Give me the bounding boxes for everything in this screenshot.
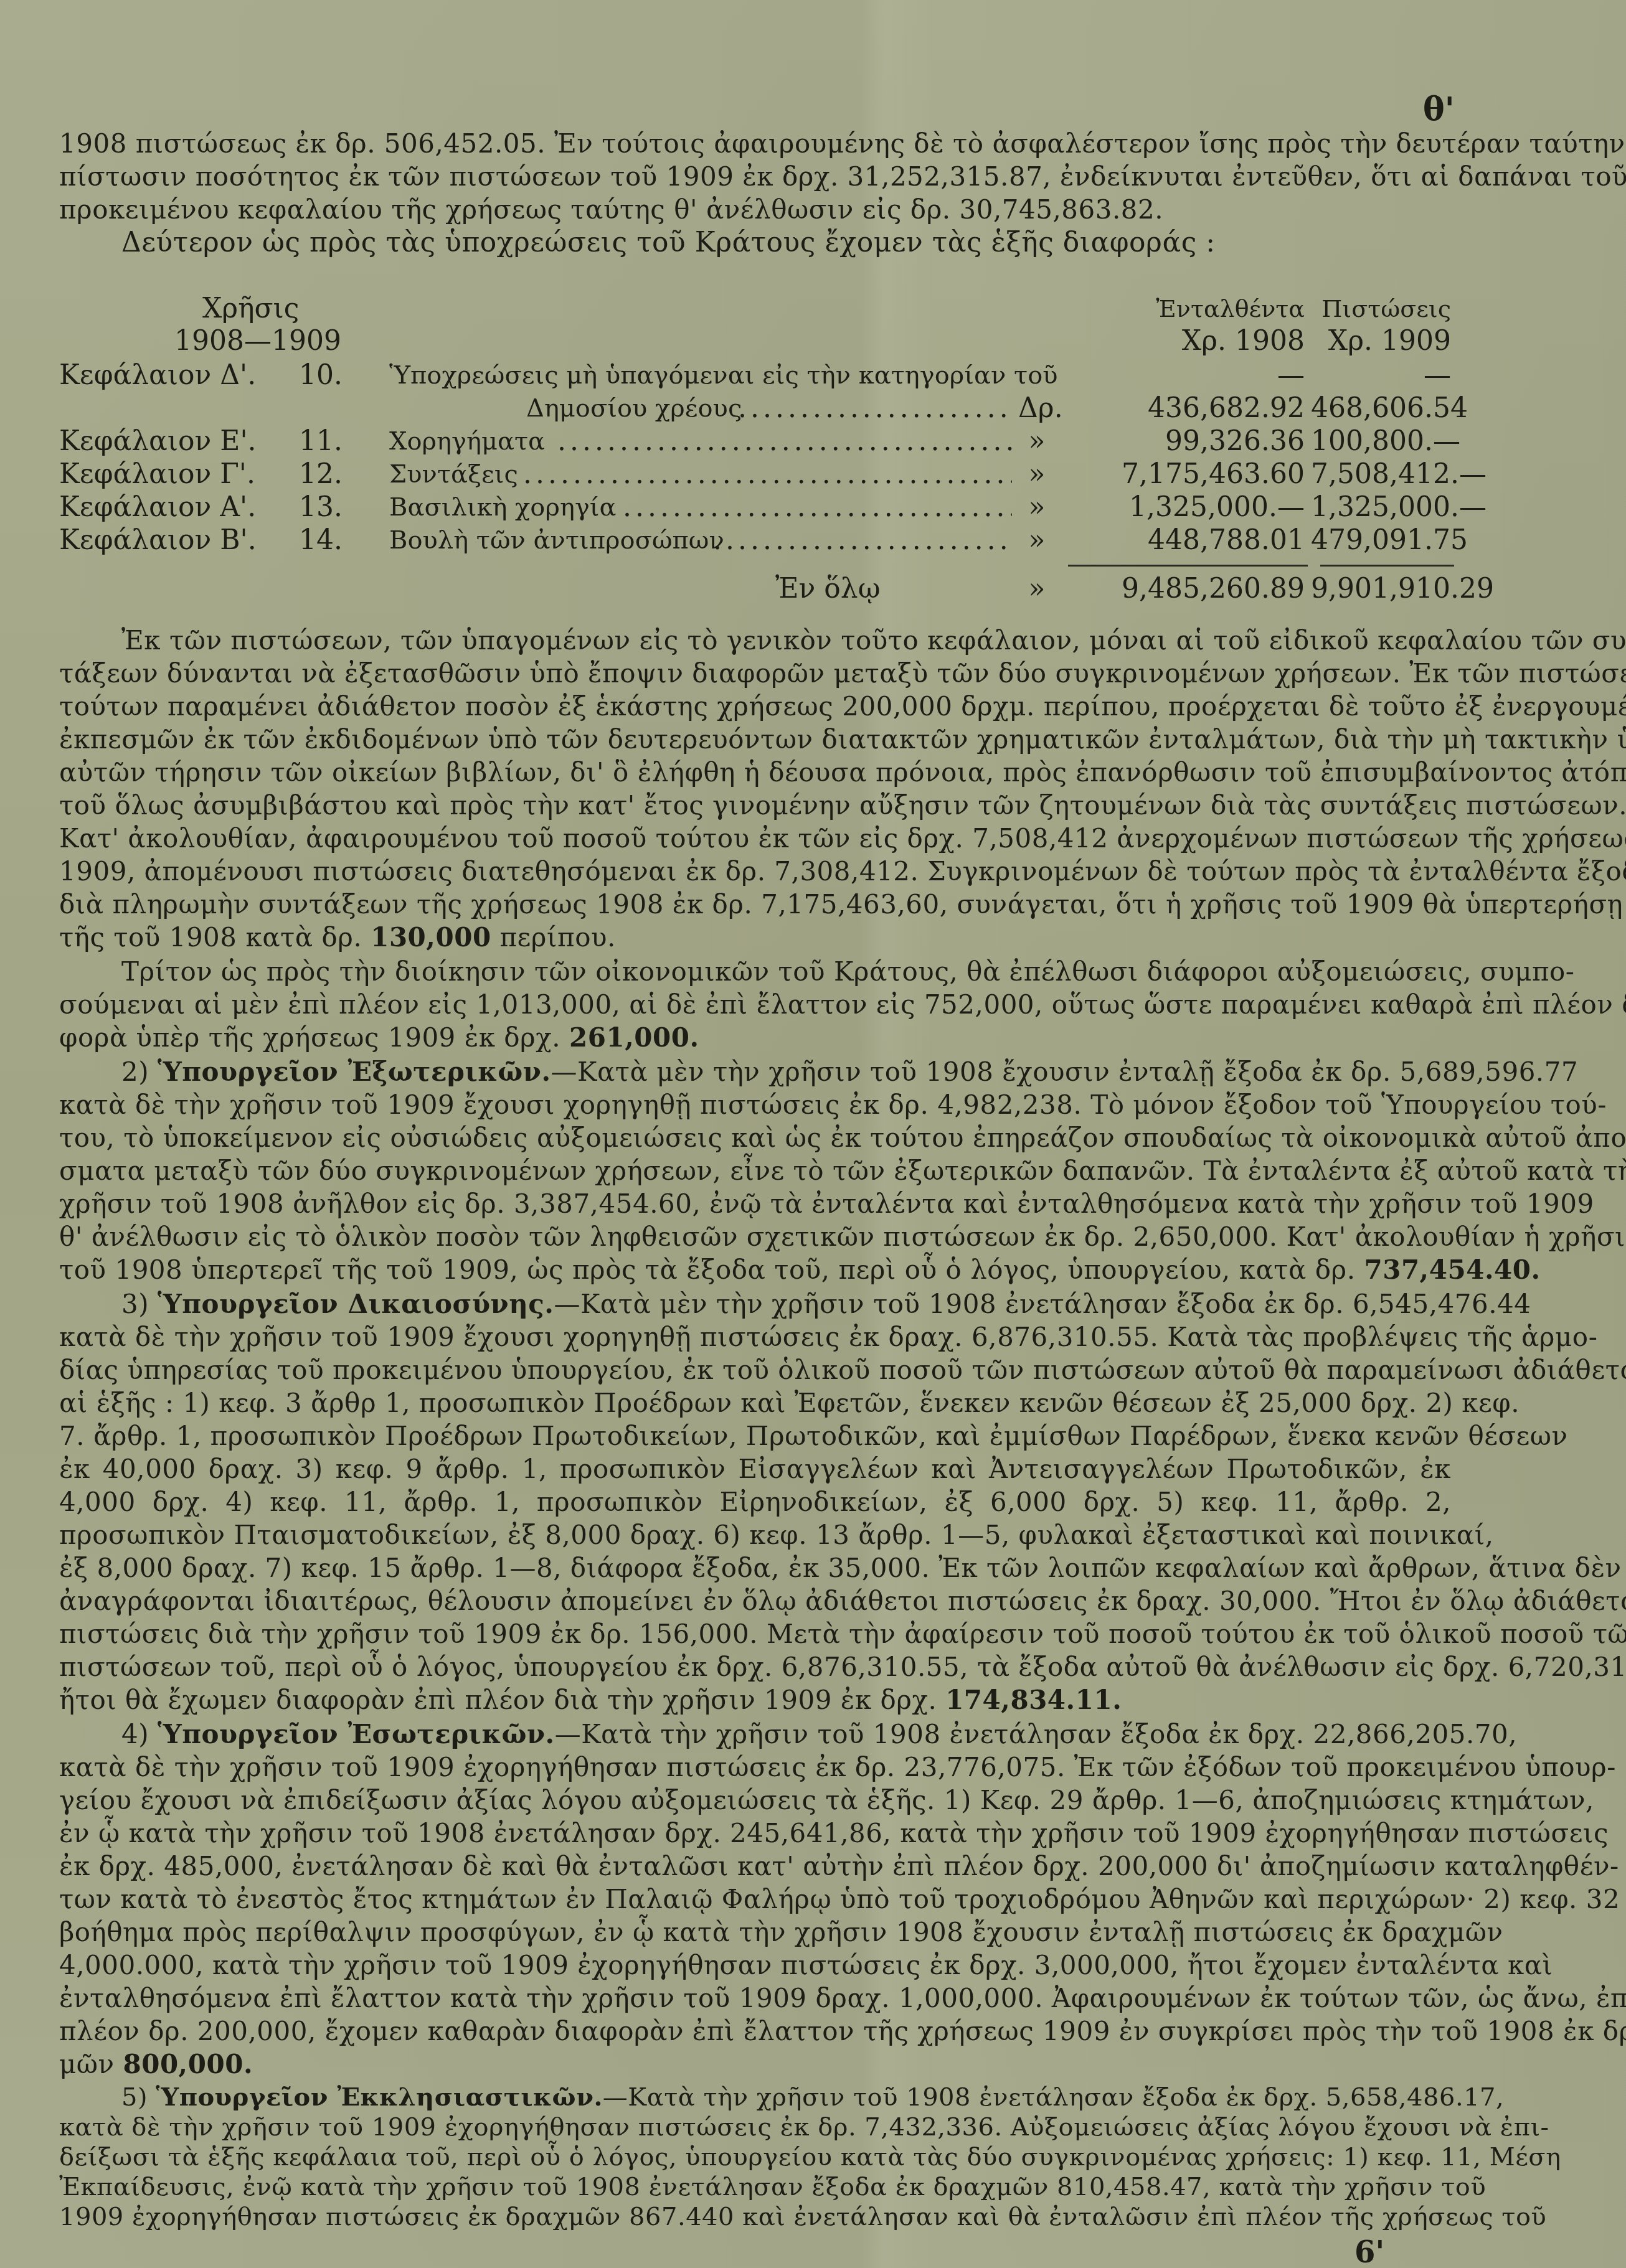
page-folio-bottom: 6' <box>1354 2235 1384 2268</box>
row-value-1908: — <box>1080 359 1305 392</box>
table-header-col-a-year: Χρ. 1908 <box>1080 325 1305 357</box>
section-heading-justice: 3) Ὑπουργεῖον Δικαιοσύνης.—Κατὰ μὲν τὴν … <box>59 1288 1451 1320</box>
text-line: τούτων παραμένει ἀδιάθετον ποσὸν ἐξ ἑκάσ… <box>59 690 1451 723</box>
row-currency: » <box>1018 491 1056 524</box>
text-line: δίας ὑπηρεσίας τοῦ προκειμένου ὑπουργείο… <box>59 1354 1451 1386</box>
row-currency: » <box>1018 425 1056 458</box>
leader-dots: ........................................… <box>738 392 1012 425</box>
sum-rule-1908 <box>1068 565 1308 567</box>
row-chapter: Κεφάλαιον Β'. <box>59 524 257 557</box>
text-line: τοῦ ὅλως ἀσυμβιβάστου καὶ πρὸς τὴν κατ' … <box>59 789 1451 822</box>
text-line: αὐτῶν τήρησιν τῶν οἰκείων βιβλίων, δι' ὃ… <box>59 756 1451 789</box>
text-line: ἐκπεσμῶν ἐκ τῶν ἐκδιδομένων ὑπὸ τῶν δευτ… <box>59 723 1451 756</box>
row-value-1909: 100,800.— <box>1311 425 1451 458</box>
row-number: 10. <box>299 359 343 392</box>
row-value-1908: 7,175,463.60 <box>1080 458 1305 491</box>
row-description: Βασιλικὴ χορηγία <box>389 491 617 524</box>
text-line: κατὰ δὲ τὴν χρῆσιν τοῦ 1909 ἐχορηγήθησαν… <box>59 1751 1451 1784</box>
row-value-1909: 1,325,000.— <box>1311 491 1451 524</box>
total-label: Ἐν ὅλῳ <box>775 573 881 605</box>
table-header-col-b: Πιστώσεις <box>1311 293 1451 325</box>
row-chapter: Κεφάλαιον Δ'. <box>59 359 256 392</box>
row-number: 12. <box>299 458 343 491</box>
bold-amount: 130,000 <box>371 922 491 953</box>
text-line: φορὰ ὑπὲρ τῆς χρήσεως 1909 ἐκ δρχ. 261,0… <box>59 1022 1451 1054</box>
text-span: μῶν <box>59 2049 115 2079</box>
text-line: θ' ἀνέλθωσιν εἰς τὸ ὁλικὸν ποσὸν τῶν ληφ… <box>59 1221 1451 1253</box>
section-heading-interior: 4) Ὑπουργεῖον Ἐσωτερικῶν.—Κατὰ τὴν χρῆσι… <box>59 1718 1451 1751</box>
text-line: τῆς τοῦ 1908 κατὰ δρ. 130,000 περίπου. <box>59 921 1451 954</box>
bold-amount: 261,000. <box>569 1022 699 1053</box>
text-line: ἐκ δρχ. 485,000, ἐνετάλησαν δὲ καὶ θὰ ἐν… <box>59 1850 1451 1883</box>
table-header-years: 1908—1909 <box>174 325 341 357</box>
total-currency: » <box>1018 573 1056 605</box>
bold-amount: 174,834.11. <box>945 1685 1122 1715</box>
row-currency: Δρ. <box>1018 392 1056 425</box>
table-header-col-a: Ἐνταλθέντα <box>1080 293 1305 325</box>
text-line: πιστώσεων τοῦ, περὶ οὗ ὁ λόγος, ὑπουργεί… <box>59 1651 1451 1683</box>
text-line: Δεύτερον ὡς πρὸς τὰς ὑποχρεώσεις τοῦ Κρά… <box>59 227 1451 259</box>
text-line: ἀναγράφονται ἰδιαιτέρως, θέλουσιν ἀπομεί… <box>59 1585 1451 1617</box>
table-row: Δημοσίου χρέους ........................… <box>59 392 1451 425</box>
page-folio-top: θ' <box>1423 90 1455 128</box>
text-line: Κατ' ἀκολουθίαν, ἀφαιρουμένου τοῦ ποσοῦ … <box>59 822 1451 855</box>
table-row: Κεφάλαιον Α'. 13. Βασιλικὴ χορηγία .....… <box>59 491 1451 524</box>
row-chapter: Κεφάλαιον Γ'. <box>59 458 255 491</box>
sum-rule-1909 <box>1320 565 1454 567</box>
text-line: Τρίτον ὡς πρὸς τὴν διοίκησιν τῶν οἰκονομ… <box>59 956 1451 988</box>
table-header-col-b-year: Χρ. 1909 <box>1311 325 1451 357</box>
table-row: Κεφάλαιον Β'. 14. Βουλὴ τῶν ἀντιπροσώπων… <box>59 524 1451 557</box>
text-line: Ἐκ τῶν πιστώσεων, τῶν ὑπαγομένων εἰς τὸ … <box>59 624 1451 657</box>
text-line: 7. ἄρθρ. 1, προσωπικὸν Προέδρων Πρωτοδικ… <box>59 1420 1451 1452</box>
row-number: 11. <box>299 425 343 458</box>
text-span: ἤτοι θὰ ἔχωμεν διαφορὰν ἐπὶ πλέον διὰ τὴ… <box>59 1685 937 1715</box>
row-currency: » <box>1018 458 1056 491</box>
text-line: των κατὰ τὸ ἐνεστὸς ἔτος κτημάτων ἐν Παλ… <box>59 1883 1451 1916</box>
text-line: προκειμένου κεφαλαίου τῆς χρήσεως ταύτης… <box>59 194 1451 226</box>
text-span: —Κατὰ τὴν χρῆσιν τοῦ 1908 ἐνετάλησαν ἔξο… <box>555 1719 1517 1749</box>
text-line: ἐκ 40,000 δραχ. 3) κεφ. 9 ἄρθρ. 1, προσω… <box>59 1453 1451 1485</box>
total-value-1909: 9,901,910.29 <box>1311 573 1451 605</box>
row-currency: » <box>1018 524 1056 557</box>
text-line: ἐνταλθησόμενα ἐπὶ ἔλαττον κατὰ τὴν χρῆσι… <box>59 1982 1451 2015</box>
section-title: Ὑπουργεῖον Ἐσωτερικῶν. <box>158 1719 555 1749</box>
section-title: Ὑπουργεῖον Ἐξωτερικῶν. <box>158 1056 551 1087</box>
text-line: κατὰ δὲ τὴν χρῆσιν τοῦ 1909 ἔχουσι χορηγ… <box>59 1321 1451 1353</box>
text-line: διὰ πληρωμὴν συντάξεων τῆς χρήσεως 1908 … <box>59 888 1451 921</box>
text-line: 4,000 δρχ. 4) κεφ. 11, ἄρθρ. 1, προσωπικ… <box>59 1486 1451 1518</box>
section-heading-foreign-affairs: 2) Ὑπουργεῖον Ἐξωτερικῶν.—Κατὰ μὲν τὴν χ… <box>59 1056 1451 1088</box>
text-span: —Κατὰ μὲν τὴν χρῆσιν τοῦ 1908 ἐνετάλησαν… <box>554 1289 1531 1319</box>
row-description: Βουλὴ τῶν ἀντιπροσώπων <box>389 524 724 557</box>
table-row: Κεφάλαιον Δ'. 10. Ὑποχρεώσεις μὴ ὑπαγόμε… <box>59 359 1451 392</box>
text-line: δείξωσι τὰ ἑξῆς κεφάλαια τοῦ, περὶ οὗ ὁ … <box>59 2142 1451 2172</box>
text-line: 1908 πιστώσεως ἐκ δρ. 506,452.05. Ἐν τού… <box>59 128 1451 160</box>
text-line: κατὰ δὲ τὴν χρῆσιν τοῦ 1909 ἔχουσι χορηγ… <box>59 1089 1451 1121</box>
row-description: Ὑποχρεώσεις μὴ ὑπαγόμεναι εἰς τὴν κατηγο… <box>389 359 1058 392</box>
text-span: φορὰ ὑπὲρ τῆς χρήσεως 1909 ἐκ δρχ. <box>59 1022 560 1053</box>
row-description: Χορηγήματα <box>389 425 545 458</box>
row-value-1908: 1,325,000.— <box>1080 491 1305 524</box>
text-line: 1909, ἀπομένουσι πιστώσεις διατεθησόμενα… <box>59 855 1451 888</box>
row-value-1908: 436,682.92 <box>1080 392 1305 425</box>
text-line: αἱ ἑξῆς : 1) κεφ. 3 ἄρθρ 1, προσωπικὸν Π… <box>59 1387 1451 1419</box>
row-value-1908: 448,788.01 <box>1080 524 1305 557</box>
text-line: ἤτοι θὰ ἔχωμεν διαφορὰν ἐπὶ πλέον διὰ τὴ… <box>59 1684 1451 1716</box>
text-line: ἐν ᾧ κατὰ τὴν χρῆσιν τοῦ 1908 ἐνετάλησαν… <box>59 1817 1451 1850</box>
table-row: Κεφάλαιον Γ'. 12. Συντάξεις ............… <box>59 458 1451 491</box>
section-number: 2) <box>121 1056 149 1087</box>
table-header-year-label: Χρῆσις <box>202 293 299 325</box>
section-heading-ecclesiastical: 5) Ὑπουργεῖον Ἐκκλησιαστικῶν.—Κατὰ τὴν χ… <box>59 2082 1451 2112</box>
row-value-1909: 479,091.75 <box>1311 524 1451 557</box>
section-number: 4) <box>121 1719 149 1749</box>
text-line: προσωπικὸν Πταισματοδικείων, ἐξ 8,000 δρ… <box>59 1519 1451 1551</box>
row-description: Συντάξεις <box>389 458 518 491</box>
row-value-1909: 468,606.54 <box>1311 392 1451 425</box>
text-span: —Κατὰ τὴν χρῆσιν τοῦ 1908 ἐνετάλησαν ἔξο… <box>603 2083 1504 2112</box>
section-title: Ὑπουργεῖον Δικαιοσύνης. <box>158 1289 554 1319</box>
text-line: του, τὸ ὑποκείμενον εἰς οὐσιώδεις αὐξομε… <box>59 1122 1451 1154</box>
text-line: βοήθημα πρὸς περίθαλψιν προσφύγων, ἐν ᾧ … <box>59 1916 1451 1949</box>
bold-amount: 737,454.40. <box>1364 1254 1540 1285</box>
text-line: χρῆσιν τοῦ 1908 ἀνῆλθον εἰς δρ. 3,387,45… <box>59 1188 1451 1220</box>
text-span: τοῦ 1908 ὑπερτερεῖ τῆς τοῦ 1909, ὡς πρὸς… <box>59 1254 1356 1285</box>
total-value-1908: 9,485,260.89 <box>1080 573 1305 605</box>
text-line: πιστώσεις διὰ τὴν χρῆσιν τοῦ 1909 ἐκ δρ.… <box>59 1618 1451 1650</box>
leader-dots: ........................................… <box>523 458 1012 491</box>
row-value-1909: 7,508,412.— <box>1311 458 1451 491</box>
row-description: Δημοσίου χρέους <box>526 392 742 425</box>
table-total-row: Ἐν ὅλῳ » 9,485,260.89 9,901,910.29 <box>59 573 1451 605</box>
leader-dots: ........................................… <box>623 491 1012 524</box>
section-number: 3) <box>121 1289 149 1319</box>
text-line: 1909 ἐχορηγήθησαν πιστώσεις ἐκ δραχμῶν 8… <box>59 2202 1451 2232</box>
text-line: σματα μεταξὺ τῶν δύο συγκρινομένων χρήσε… <box>59 1155 1451 1187</box>
text-line: γείου ἔχουσι νὰ ἐπιδείξωσιν ἀξίας λόγου … <box>59 1784 1451 1817</box>
text-line: 4,000.000, κατὰ τὴν χρῆσιν τοῦ 1909 ἐχορ… <box>59 1949 1451 1982</box>
text-line: μῶν 800,000. <box>59 2048 1451 2081</box>
text-line: ἐξ 8,000 δραχ. 7) κεφ. 15 ἄρθρ. 1—8, διά… <box>59 1552 1451 1584</box>
table-row: Κεφάλαιον Ε'. 11. Χορηγήματα ...........… <box>59 425 1451 458</box>
row-chapter: Κεφάλαιον Α'. <box>59 491 256 524</box>
text-line: τοῦ 1908 ὑπερτερεῖ τῆς τοῦ 1909, ὡς πρὸς… <box>59 1254 1451 1286</box>
text-line: πλέον δρ. 200,000, ἔχομεν καθαρὰν διαφορ… <box>59 2015 1451 2048</box>
text-span: —Κατὰ μὲν τὴν χρῆσιν τοῦ 1908 ἔχουσιν ἐν… <box>551 1056 1579 1087</box>
row-number: 14. <box>299 524 343 557</box>
text-line: τάξεων δύνανται νὰ ἐξετασθῶσιν ὑπὸ ἔποψι… <box>59 657 1451 690</box>
bold-amount: 800,000. <box>123 2049 253 2079</box>
text-line: σούμεναι αἱ μὲν ἐπὶ πλέον εἰς 1,013,000,… <box>59 989 1451 1021</box>
leader-dots: ........................................… <box>713 524 1012 557</box>
text-line: Ἐκπαίδευσις, ἐνῷ κατὰ τὴν χρῆσιν τοῦ 190… <box>59 2172 1451 2202</box>
row-value-1908: 99,326.36 <box>1080 425 1305 458</box>
text-line: κατὰ δὲ τὴν χρῆσιν τοῦ 1909 ἐχορηγήθησαν… <box>59 2112 1451 2142</box>
row-number: 13. <box>299 491 343 524</box>
leader-dots: ........................................… <box>557 425 1012 458</box>
text-span: περίπου. <box>500 922 616 953</box>
row-chapter: Κεφάλαιον Ε'. <box>59 425 256 458</box>
text-line: πίστωσιν ποσότητος ἐκ τῶν πιστώσεων τοῦ … <box>59 161 1451 193</box>
row-value-1909: — <box>1311 359 1451 392</box>
section-number: 5) <box>121 2083 148 2112</box>
text-span: τῆς τοῦ 1908 κατὰ δρ. <box>59 922 362 953</box>
section-title: Ὑπουργεῖον Ἐκκλησιαστικῶν. <box>156 2082 603 2112</box>
